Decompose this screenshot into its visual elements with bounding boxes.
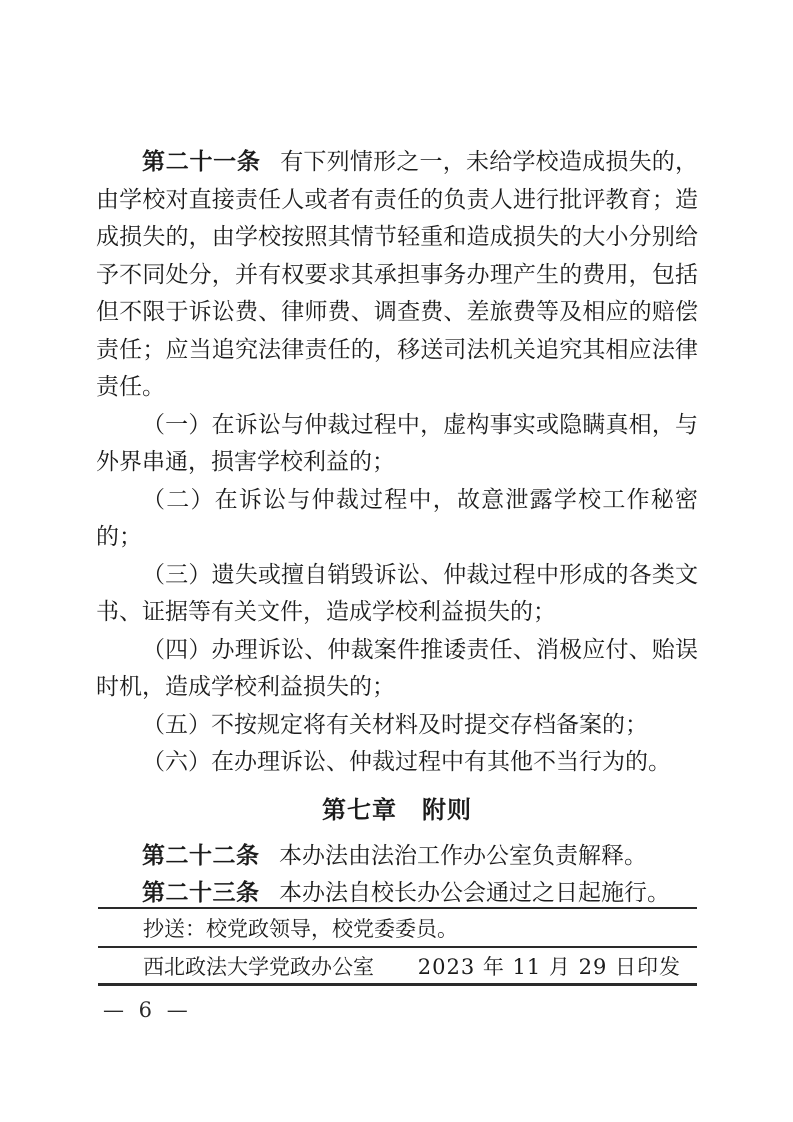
issuer-name: 西北政法大学党政办公室 [143, 951, 374, 981]
article-23-text: 本办法自校长办公会通过之日起施行。 [279, 880, 670, 906]
document-body: 第二十一条有下列情形之一，未给学校造成损失的，由学校对直接责任人或者有责任的负责… [96, 144, 698, 913]
page-number: — 6 — [103, 998, 192, 1022]
article-22-text: 本办法由法治工作办公室负责解释。 [279, 843, 647, 869]
issuer-row: 西北政法大学党政办公室 2023 年 11 月 29 日印发 [98, 948, 697, 983]
article-21-item-6: （六）在办理诉讼、仲裁过程中有其他不当行为的。 [96, 744, 698, 782]
article-21-item-4: （四）办理诉讼、仲裁案件推诿责任、消极应付、贻误时机，造成学校利益损失的； [96, 632, 698, 707]
article-21-item-5: （五）不按规定将有关材料及时提交存档备案的； [96, 707, 698, 745]
chapter-7-heading: 第七章 附则 [96, 791, 698, 829]
document-footer-block: 抄送：校党政领导，校党委委员。 西北政法大学党政办公室 2023 年 11 月 … [98, 907, 697, 986]
article-21-item-1: （一）在诉讼与仲裁过程中，虚构事实或隐瞒真相，与外界串通，损害学校利益的； [96, 407, 698, 482]
article-22-paragraph: 第二十二条本办法由法治工作办公室负责解释。 [96, 838, 698, 876]
copy-to-note: 抄送：校党政领导，校党委委员。 [143, 913, 458, 943]
article-21-paragraph: 第二十一条有下列情形之一，未给学校造成损失的，由学校对直接责任人或者有责任的负责… [96, 144, 698, 407]
article-21-item-3: （三）遗失或擅自销毁诉讼、仲裁过程中形成的各类文书、证据等有关文件，造成学校利益… [96, 557, 698, 632]
article-21-text: 有下列情形之一，未给学校造成损失的，由学校对直接责任人或者有责任的负责人进行批评… [96, 149, 698, 400]
document-page: 第二十一条有下列情形之一，未给学校造成损失的，由学校对直接责任人或者有责任的负责… [0, 0, 793, 1122]
copy-to-row: 抄送：校党政领导，校党委委员。 [98, 909, 697, 946]
footer-separator-line-bottom [98, 983, 697, 986]
article-22-label: 第二十二条 [142, 843, 260, 869]
article-23-label: 第二十三条 [142, 880, 260, 906]
print-date: 2023 年 11 月 29 日印发 [418, 951, 681, 981]
article-21-item-2: （二）在诉讼与仲裁过程中，故意泄露学校工作秘密的； [96, 482, 698, 557]
article-21-label: 第二十一条 [142, 149, 261, 175]
